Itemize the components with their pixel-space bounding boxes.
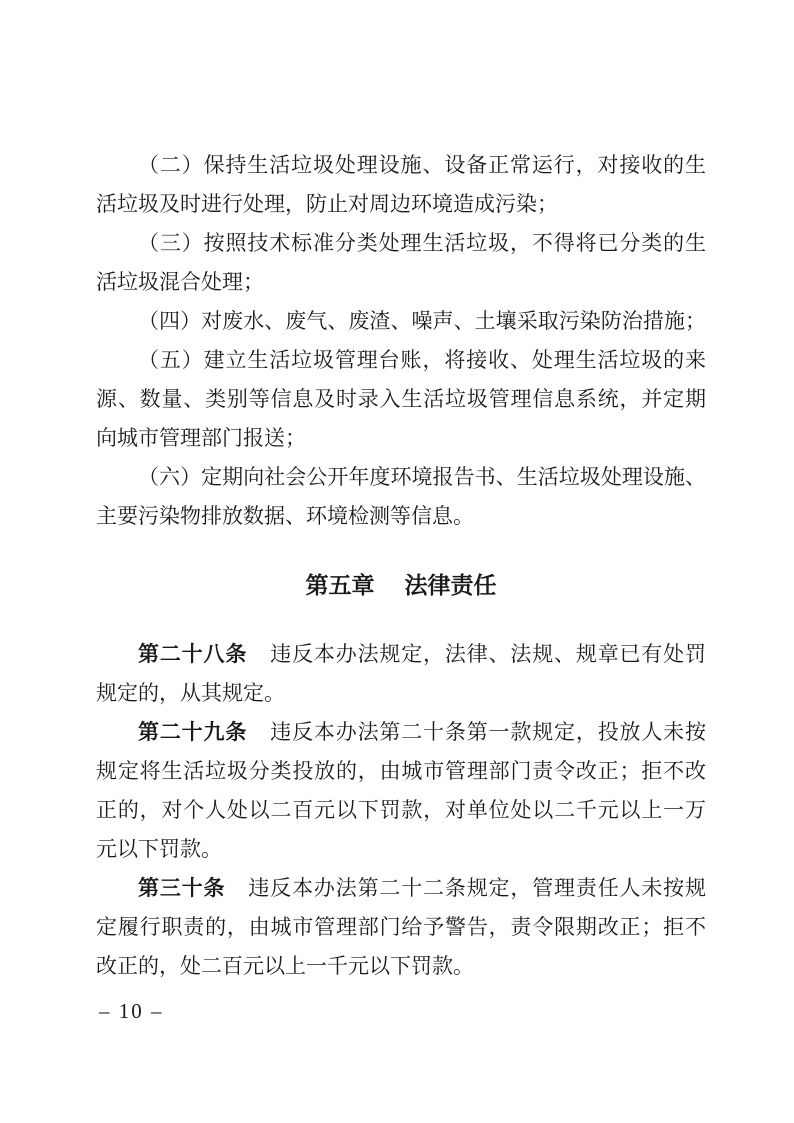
text-line: （四）对废水、废气、废渣、噪声、土壤采取污染防治措施； xyxy=(96,302,706,341)
text-line: （五）建立生活垃圾管理台账，将接收、处理生活垃圾的来 xyxy=(96,341,706,380)
text-line: 改正的，处二百元以上一千元以下罚款。 xyxy=(96,947,706,986)
page-number: – 10 – xyxy=(99,999,164,1023)
text-line: 主要污染物排放数据、环境检测等信息。 xyxy=(96,497,706,536)
chapter-heading: 第五章法律责任 xyxy=(96,566,706,605)
text-line: 定履行职责的，由城市管理部门给予警告，责令限期改正；拒不 xyxy=(96,908,706,947)
chapter-number: 第五章 xyxy=(306,572,375,598)
article-line: 第二十九条违反本办法第二十条第一款规定，投放人未按 xyxy=(96,713,706,752)
text-line: 源、数量、类别等信息及时录入生活垃圾管理信息系统，并定期 xyxy=(96,380,706,419)
text-line: （三）按照技术标准分类处理生活垃圾，不得将已分类的生 xyxy=(96,224,706,263)
text-line: （六）定期向社会公开年度环境报告书、生活垃圾处理设施、 xyxy=(96,458,706,497)
text-line: 正的，对个人处以二百元以下罚款，对单位处以二千元以上一万 xyxy=(96,791,706,830)
text-line: 向城市管理部门报送； xyxy=(96,419,706,458)
article-line: 第三十条违反本办法第二十二条规定，管理责任人未按规 xyxy=(96,869,706,908)
text-line: 规定的，从其规定。 xyxy=(96,674,706,713)
text-line: 活垃圾及时进行处理，防止对周边环境造成污染； xyxy=(96,185,706,224)
article-number: 第二十九条 xyxy=(138,721,247,744)
article-number: 第二十八条 xyxy=(138,643,247,666)
text-line: 活垃圾混合处理； xyxy=(96,263,706,302)
text-line: 规定将生活垃圾分类投放的，由城市管理部门责令改正；拒不改 xyxy=(96,752,706,791)
article-line: 第二十八条违反本办法规定，法律、法规、规章已有处罚 xyxy=(96,635,706,674)
text-line: 元以下罚款。 xyxy=(96,830,706,869)
chapter-title: 法律责任 xyxy=(404,572,496,598)
article-number: 第三十条 xyxy=(138,877,225,900)
document-page: （二）保持生活垃圾处理设施、设备正常运行，对接收的生活垃圾及时进行处理，防止对周… xyxy=(0,0,794,1123)
text-line: （二）保持生活垃圾处理设施、设备正常运行，对接收的生 xyxy=(96,146,706,185)
document-body: （二）保持生活垃圾处理设施、设备正常运行，对接收的生活垃圾及时进行处理，防止对周… xyxy=(96,146,706,986)
